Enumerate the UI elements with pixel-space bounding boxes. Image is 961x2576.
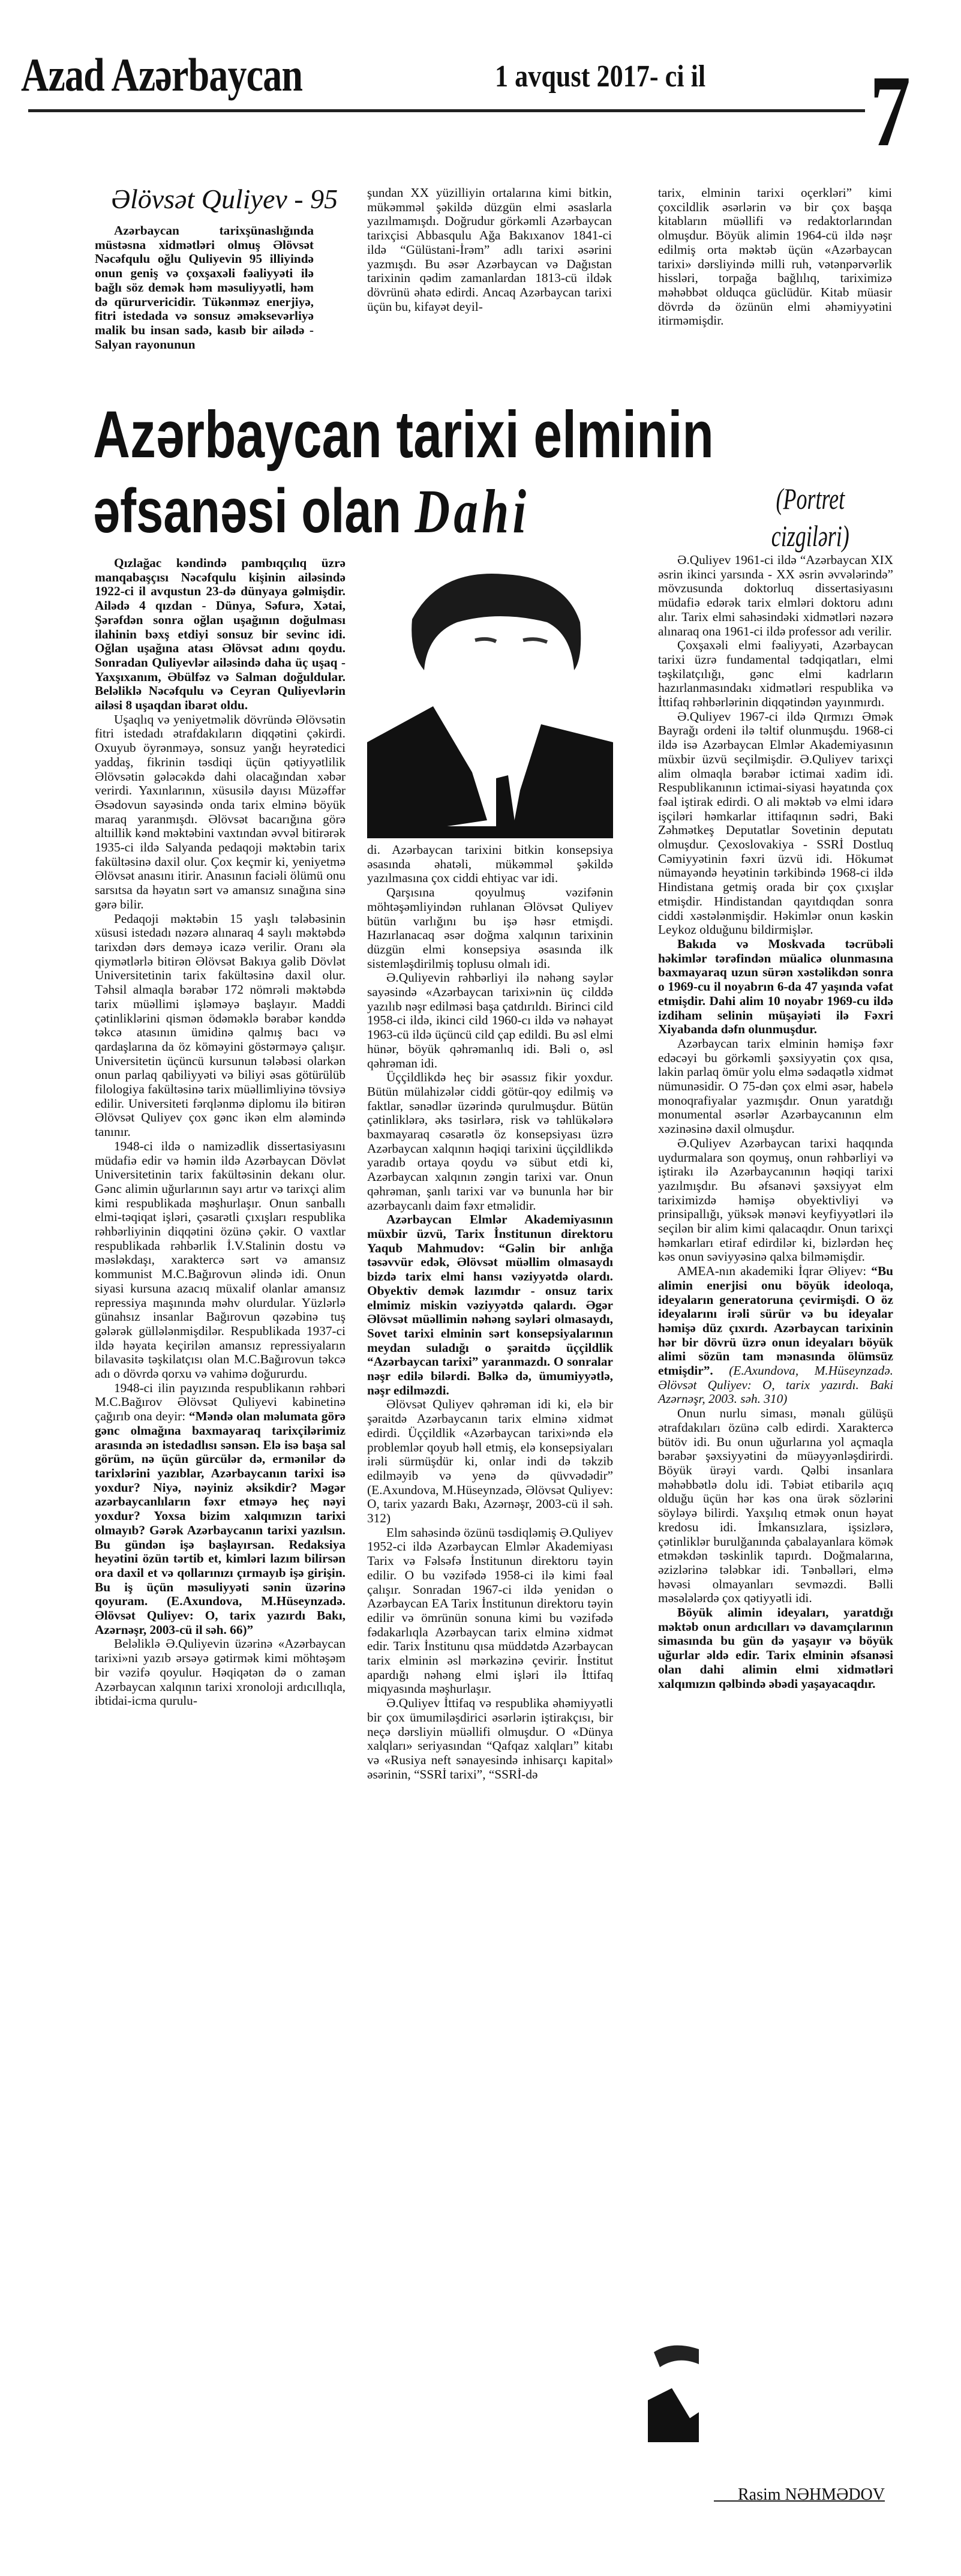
masthead: Azad Azərbaycan 1 avqust 2017- ci il 7 [21,48,921,144]
paragraph: Onun nurlu siması, mənalı gülüşü ətrafda… [658,1407,893,1606]
intro-text-2: şundan XX yüzilliyin ortalarına kimi bit… [367,186,612,314]
paragraph: Ə.Quliyev İttifaq və respublika əhəmiyyə… [367,1696,613,1782]
headline-emphasis: Dahi [415,477,530,546]
author-signature: Rasim NƏHMƏDOV [738,2485,885,2505]
headline-prefix: əfsanəsi olan [93,476,415,546]
paragraph: 1948-ci ildə o namizədlik dissertasiyası… [95,1139,346,1381]
page-number: 7 [870,60,911,162]
intro-column-2: şundan XX yüzilliyin ortalarına kimi bit… [367,186,612,314]
paragraph: Ə.Quliyev Azərbaycan tarixi haqqında uyd… [658,1136,893,1264]
paragraph: Elm sahəsində özünü təsdiqləmiş Ə.Quliye… [367,1526,613,1696]
right-column: Ə.Quliyev 1961-ci ildə “Azərbaycan XIX ə… [658,553,893,1691]
paragraph: Qarşısına qoyulmuş vəzifənin möhtəşəmliy… [367,886,613,971]
intro-text-3: tarix, elminin tarixi oçerkləri” kimi ço… [658,186,892,328]
headline-kicker: (Portret cizgiləri) [750,480,871,554]
paragraph: Bakıda və Moskvada təcrübəli həkimlər tə… [658,937,893,1037]
paragraph: Ə.Quliyev 1961-ci ildə “Azərbaycan XIX ə… [658,553,893,638]
paragraph: Pedaqoji məktəbin 15 yaşlı tələbəsinin x… [95,912,346,1139]
masthead-rule [28,109,865,112]
middle-column: di. Azərbaycan tarixini bitkin konsepsiy… [367,843,613,1782]
intro-text-1: Azərbaycan tarixşünaslığında müstəsna xi… [95,224,314,352]
portrait-image-icon [367,562,613,838]
paragraph: Üççildlikdə heç bir əsassız fikir yoxdur… [367,1070,613,1213]
headline-line-2: əfsanəsi olan Dahi [93,480,530,543]
small-portrait-photo [648,2340,699,2442]
paragraph: AMEA-nın akademiki İqrar Əliyev: “Bu ali… [658,1264,893,1407]
issue-date: 1 avqust 2017- ci il [495,59,705,94]
anniversary-heading: Əlövsət Quliyev - 95 [111,183,338,215]
paragraph: Azərbaycan Elmlər Akademiyasının müxbir … [367,1213,613,1398]
left-column: Qızlağac kəndində pambıqçılıq üzrə manqa… [95,556,346,1708]
paragraph: di. Azərbaycan tarixini bitkin konsepsiy… [367,843,613,886]
small-portrait-image-icon [648,2340,699,2442]
paragraph: Uşaqlıq və yeniyetməlik dövründə Əlövsət… [95,713,346,912]
paragraph: Beləliklə Ə.Quliyevin üzərinə «Azərbayca… [95,1637,346,1708]
paragraph: 1948-ci ilin payızında respublikanın rəh… [95,1381,346,1638]
paragraph: Çoxşaxəli elmi fəaliyyəti, Azərbaycan ta… [658,638,893,710]
paragraph: Böyük alimin ideyaları, yaratdığı məktəb… [658,1606,893,1691]
newspaper-title: Azad Azərbaycan [21,48,302,102]
paragraph: Azərbaycan tarix elminin həmişə fəxr edə… [658,1037,893,1136]
intro-column-1: Azərbaycan tarixşünaslığında müstəsna xi… [95,224,314,352]
paragraph: Ə.Quliyevin rəhbərliyi ilə nəhəng səylər… [367,971,613,1070]
paragraph: Əlövsət Quliyev qəhrəman idi ki, elə bir… [367,1398,613,1525]
intro-column-3: tarix, elminin tarixi oçerkləri” kimi ço… [658,186,892,328]
paragraph: Qızlağac kəndində pambıqçılıq üzrə manqa… [95,556,346,713]
portrait-photo [367,562,613,838]
headline-line-1: Azərbaycan tarixi elminin [93,402,714,468]
paragraph: Ə.Quliyev 1967-ci ildə Qırmızı Əmək Bayr… [658,710,893,937]
